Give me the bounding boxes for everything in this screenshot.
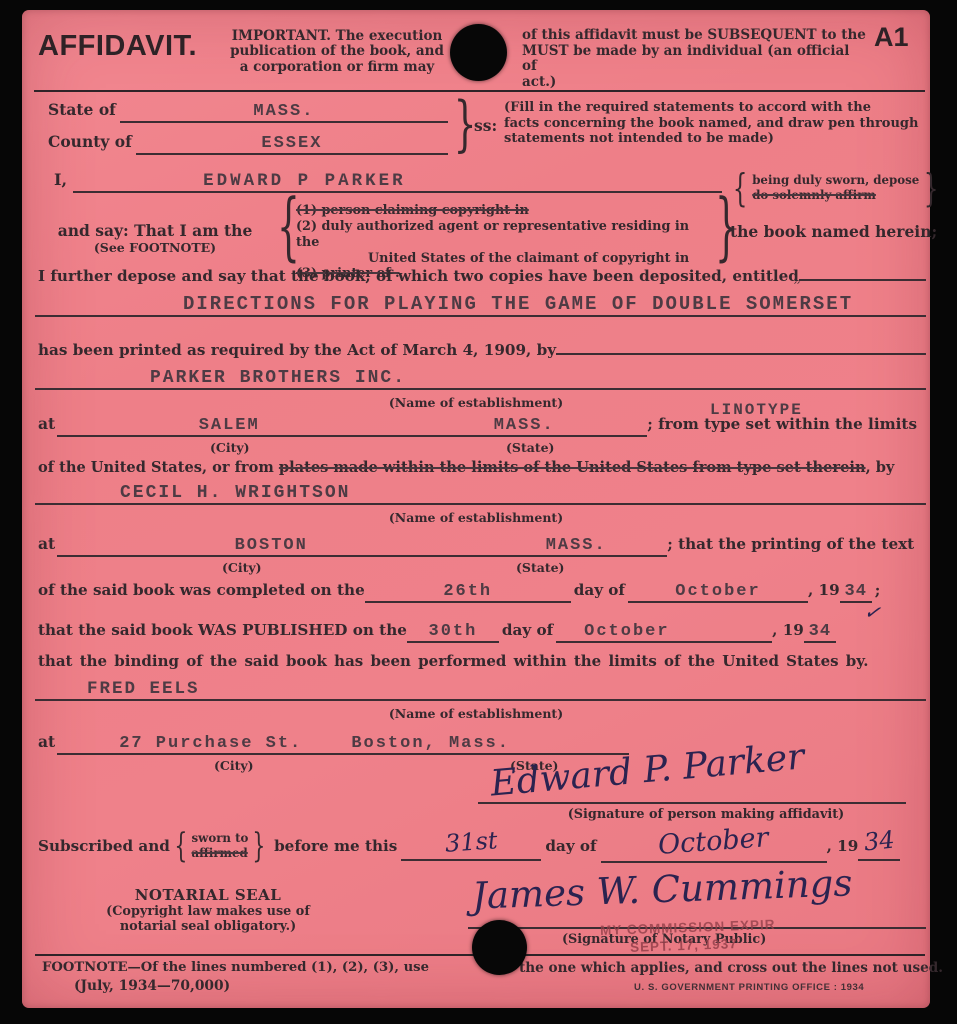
printed-by-row: has been printed as required by the Act …	[38, 341, 926, 359]
subscribed-month-blank: October	[601, 830, 827, 863]
published-year: 34	[809, 622, 831, 641]
scanned-affidavit-page: { "colors": { "paper": "#ee7f88", "print…	[0, 0, 957, 1024]
fill-note-line2: facts concerning the book named, and dra…	[504, 116, 930, 132]
typeset-tail: ; from type set within the limits	[647, 415, 917, 433]
book-title-blank: DIRECTIONS FOR PLAYING THE GAME OF DOUBL…	[35, 293, 926, 317]
printer-name-row: PARKER BROTHERS INC.	[35, 367, 926, 392]
checkmark-annotation: ✓	[862, 599, 882, 625]
fill-note-line3: statements not intended to be made)	[504, 131, 930, 147]
published-year-blank: 34	[804, 620, 836, 643]
completed-month-blank: October	[628, 580, 808, 603]
title-correction-marks: ′′	[794, 280, 800, 296]
sworn-to-option: sworn to	[192, 831, 249, 846]
deponent-name: EDWARD P PARKER	[73, 171, 406, 191]
printed-by-text: has been printed as required by the Act …	[38, 341, 556, 359]
county-value: ESSEX	[261, 134, 322, 153]
state-blank: MASS.	[120, 100, 448, 123]
printer-name: PARKER BROTHERS INC.	[35, 368, 406, 388]
depose-row: I further depose and say that the book, …	[38, 267, 926, 285]
at-label-1: at	[38, 414, 57, 433]
binder-location-blank: 27 Purchase St. Boston, Mass.	[57, 732, 629, 755]
county-label: County of	[48, 132, 136, 151]
sworn-brace-close: }	[924, 166, 939, 210]
subscribed-year: 34	[863, 825, 896, 856]
subscribed-label: Subscribed and	[38, 837, 170, 855]
completed-month: October	[675, 582, 760, 601]
capacity-item1-struck: (1) person claiming copyright in	[296, 203, 708, 219]
i-label: I,	[54, 170, 73, 189]
fill-instruction-note: (Fill in the required statements to acco…	[504, 100, 930, 147]
fill-note-line1: (Fill in the required statements to acco…	[504, 100, 930, 116]
header-right-note: of this affidavit must be SUBSEQUENT to …	[522, 28, 867, 91]
hole-punch-top	[450, 24, 507, 81]
state-caption-1: (State)	[506, 440, 554, 455]
print-location-row: at SALEM MASS. ; from type set within th…	[38, 414, 917, 438]
published-day-blank: 30th	[407, 620, 499, 643]
city-caption-3: (City)	[214, 758, 254, 773]
completed-day-blank: 26th	[365, 580, 571, 603]
binder-blank: FRED EELS	[35, 678, 926, 701]
day-of-label-2: day of	[499, 621, 556, 639]
affidavit-form-paper: AFFIDAVIT. IMPORTANT. The execution publ…	[22, 10, 930, 1008]
notarial-seal-block: NOTARIAL SEAL (Copyright law makes use o…	[80, 886, 336, 934]
typesetter-row: CECIL H. WRIGHTSON	[35, 482, 926, 507]
binding-line: that the binding of the said book has be…	[38, 652, 869, 670]
notarial-seal-title: NOTARIAL SEAL	[80, 886, 336, 904]
day-of-label-3: day of	[541, 837, 600, 855]
year-prefix-2: , 19	[772, 621, 804, 639]
binder-street: 27 Purchase St.	[57, 734, 302, 753]
typeset-city-blank: BOSTON	[57, 534, 485, 557]
subscribed-day-blank: 31st	[401, 831, 541, 861]
see-footnote-note: (See FOOTNOTE)	[36, 240, 274, 255]
published-date-row: that the said book WAS PUBLISHED on the …	[38, 620, 836, 642]
notary-signature: James W. Cummings	[471, 861, 853, 917]
state-value: MASS.	[253, 102, 314, 121]
header-rule	[34, 90, 925, 92]
subscribed-year-blank: 34	[858, 831, 900, 861]
capacity-tail: the book named herein;	[730, 222, 937, 241]
print-city: SALEM	[199, 416, 260, 435]
important-note-line3: a corporation or firm may	[210, 60, 464, 75]
commission-stamp-line2: SEPT. 17, 1937	[630, 936, 738, 955]
plates-pre: of the United States, or from	[38, 459, 279, 476]
hole-punch-bottom	[472, 920, 527, 975]
binder-name: FRED EELS	[35, 679, 200, 699]
printing-tail: ; that the printing of the text	[667, 535, 914, 553]
form-code-a1: A1	[874, 22, 909, 53]
sworn-affirmed-brace-close: }	[253, 826, 266, 866]
completed-day: 26th	[443, 582, 492, 601]
county-row: County of ESSEX	[48, 132, 448, 155]
at-label-2: at	[38, 534, 57, 553]
capacity-item2b: United States of the claimant of copyrig…	[296, 251, 708, 267]
completed-semicolon: ;	[872, 581, 881, 599]
completed-year: 34	[845, 582, 867, 601]
typeset-state-blank: MASS.	[485, 534, 667, 557]
typeset-state: MASS.	[546, 536, 607, 555]
city-caption-2: (City)	[222, 560, 262, 575]
published-month-blank: October	[556, 620, 772, 643]
capacity-item2a: (2) duly authorized agent or representat…	[296, 219, 708, 251]
published-month: October	[556, 622, 669, 641]
state-row: State of MASS.	[48, 100, 448, 123]
binder-location-row: at 27 Purchase St. Boston, Mass.	[38, 732, 629, 754]
gpo-imprint: U. S. GOVERNMENT PRINTING OFFICE : 1934	[634, 982, 864, 993]
year-prefix-1: , 19	[808, 581, 840, 599]
year-prefix-3: , 19	[827, 837, 859, 855]
typeset-location-row: at BOSTON MASS. ; that the printing of t…	[38, 534, 914, 558]
binder-row: FRED EELS	[35, 678, 926, 702]
print-city-blank: SALEM	[57, 414, 401, 437]
plates-post: , by	[866, 459, 895, 476]
book-title-row: DIRECTIONS FOR PLAYING THE GAME OF DOUBL…	[35, 293, 926, 319]
form-title: AFFIDAVIT.	[38, 30, 197, 63]
sworn-line1: being duly sworn, depose	[752, 173, 919, 188]
header-right-line3: act.)	[522, 75, 867, 91]
subscribed-day: 31st	[444, 826, 498, 858]
edition-note: (July, 1934—70,000)	[74, 978, 230, 994]
printer-name-blank: PARKER BROTHERS INC.	[35, 367, 926, 390]
important-note-line1: IMPORTANT. The execution	[210, 29, 464, 44]
footnote-right: the one which applies, and cross out the…	[519, 960, 943, 976]
deponent-row: I, EDWARD P PARKER	[54, 170, 722, 193]
plates-line: of the United States, or from plates mad…	[38, 457, 894, 476]
typeset-city: BOSTON	[235, 536, 308, 555]
affiant-signature-line	[478, 802, 906, 804]
binder-city-state: Boston, Mass.	[307, 734, 510, 753]
notarial-seal-note1: (Copyright law makes use of	[80, 904, 336, 919]
print-state: MASS.	[494, 416, 555, 435]
footnote-left: FOOTNOTE—Of the lines numbered (1), (2),…	[42, 960, 429, 975]
typesetter-blank: CECIL H. WRIGHTSON	[35, 482, 926, 505]
important-note-line2: publication of the book, and	[210, 44, 464, 59]
affirmed-option-struck: affirmed	[192, 846, 249, 861]
day-of-label-1: day of	[571, 581, 628, 599]
capacity-lead-text: and say: That I am the	[36, 221, 274, 240]
establishment-caption-2: (Name of establishment)	[22, 510, 930, 525]
deponent-name-blank: EDWARD P PARKER	[73, 170, 722, 193]
establishment-caption-3: (Name of establishment)	[22, 706, 930, 721]
book-title-value: DIRECTIONS FOR PLAYING THE GAME OF DOUBL…	[35, 293, 853, 315]
city-caption-1: (City)	[210, 440, 250, 455]
capacity-lead: and say: That I am the (See FOOTNOTE)	[36, 221, 274, 255]
header-right-line2: MUST be made by an individual (an offici…	[522, 44, 867, 75]
subscribed-row: Subscribed and { sworn to affirmed } bef…	[38, 832, 900, 860]
county-blank: ESSEX	[136, 132, 448, 155]
completed-pre: of the said book was completed on the	[38, 581, 365, 599]
depose-text: I further depose and say that the book, …	[38, 267, 799, 285]
before-me-label: before me this	[270, 837, 401, 855]
at-label-3: at	[38, 732, 57, 751]
completed-date-row: of the said book was completed on the 26…	[38, 580, 880, 602]
print-state-blank: MASS.	[401, 414, 647, 437]
affiant-signature-caption: (Signature of person making affidavit)	[510, 807, 902, 822]
sworn-line2-struck: do solemnly affirm	[752, 188, 919, 203]
plates-struck: plates made within the limits of the Uni…	[279, 459, 866, 476]
header-right-line1: of this affidavit must be SUBSEQUENT to …	[522, 28, 867, 44]
typesetter-name: CECIL H. WRIGHTSON	[35, 483, 350, 503]
published-day: 30th	[429, 622, 478, 641]
important-note: IMPORTANT. The execution publication of …	[210, 29, 464, 75]
state-caption-2: (State)	[516, 560, 564, 575]
state-label: State of	[48, 100, 120, 119]
depose-trailing-blank	[799, 279, 926, 281]
notarial-seal-note2: notarial seal obligatory.)	[80, 919, 336, 934]
ss-label: ss:	[474, 116, 497, 135]
subscribed-month: October	[657, 822, 769, 861]
published-pre: that the said book WAS PUBLISHED on the	[38, 621, 407, 639]
sworn-affirmed-brace-open: {	[174, 826, 187, 866]
printed-by-trailing-blank	[556, 353, 926, 355]
sworn-depose-group: { being duly sworn, depose do solemnly a…	[728, 166, 944, 210]
